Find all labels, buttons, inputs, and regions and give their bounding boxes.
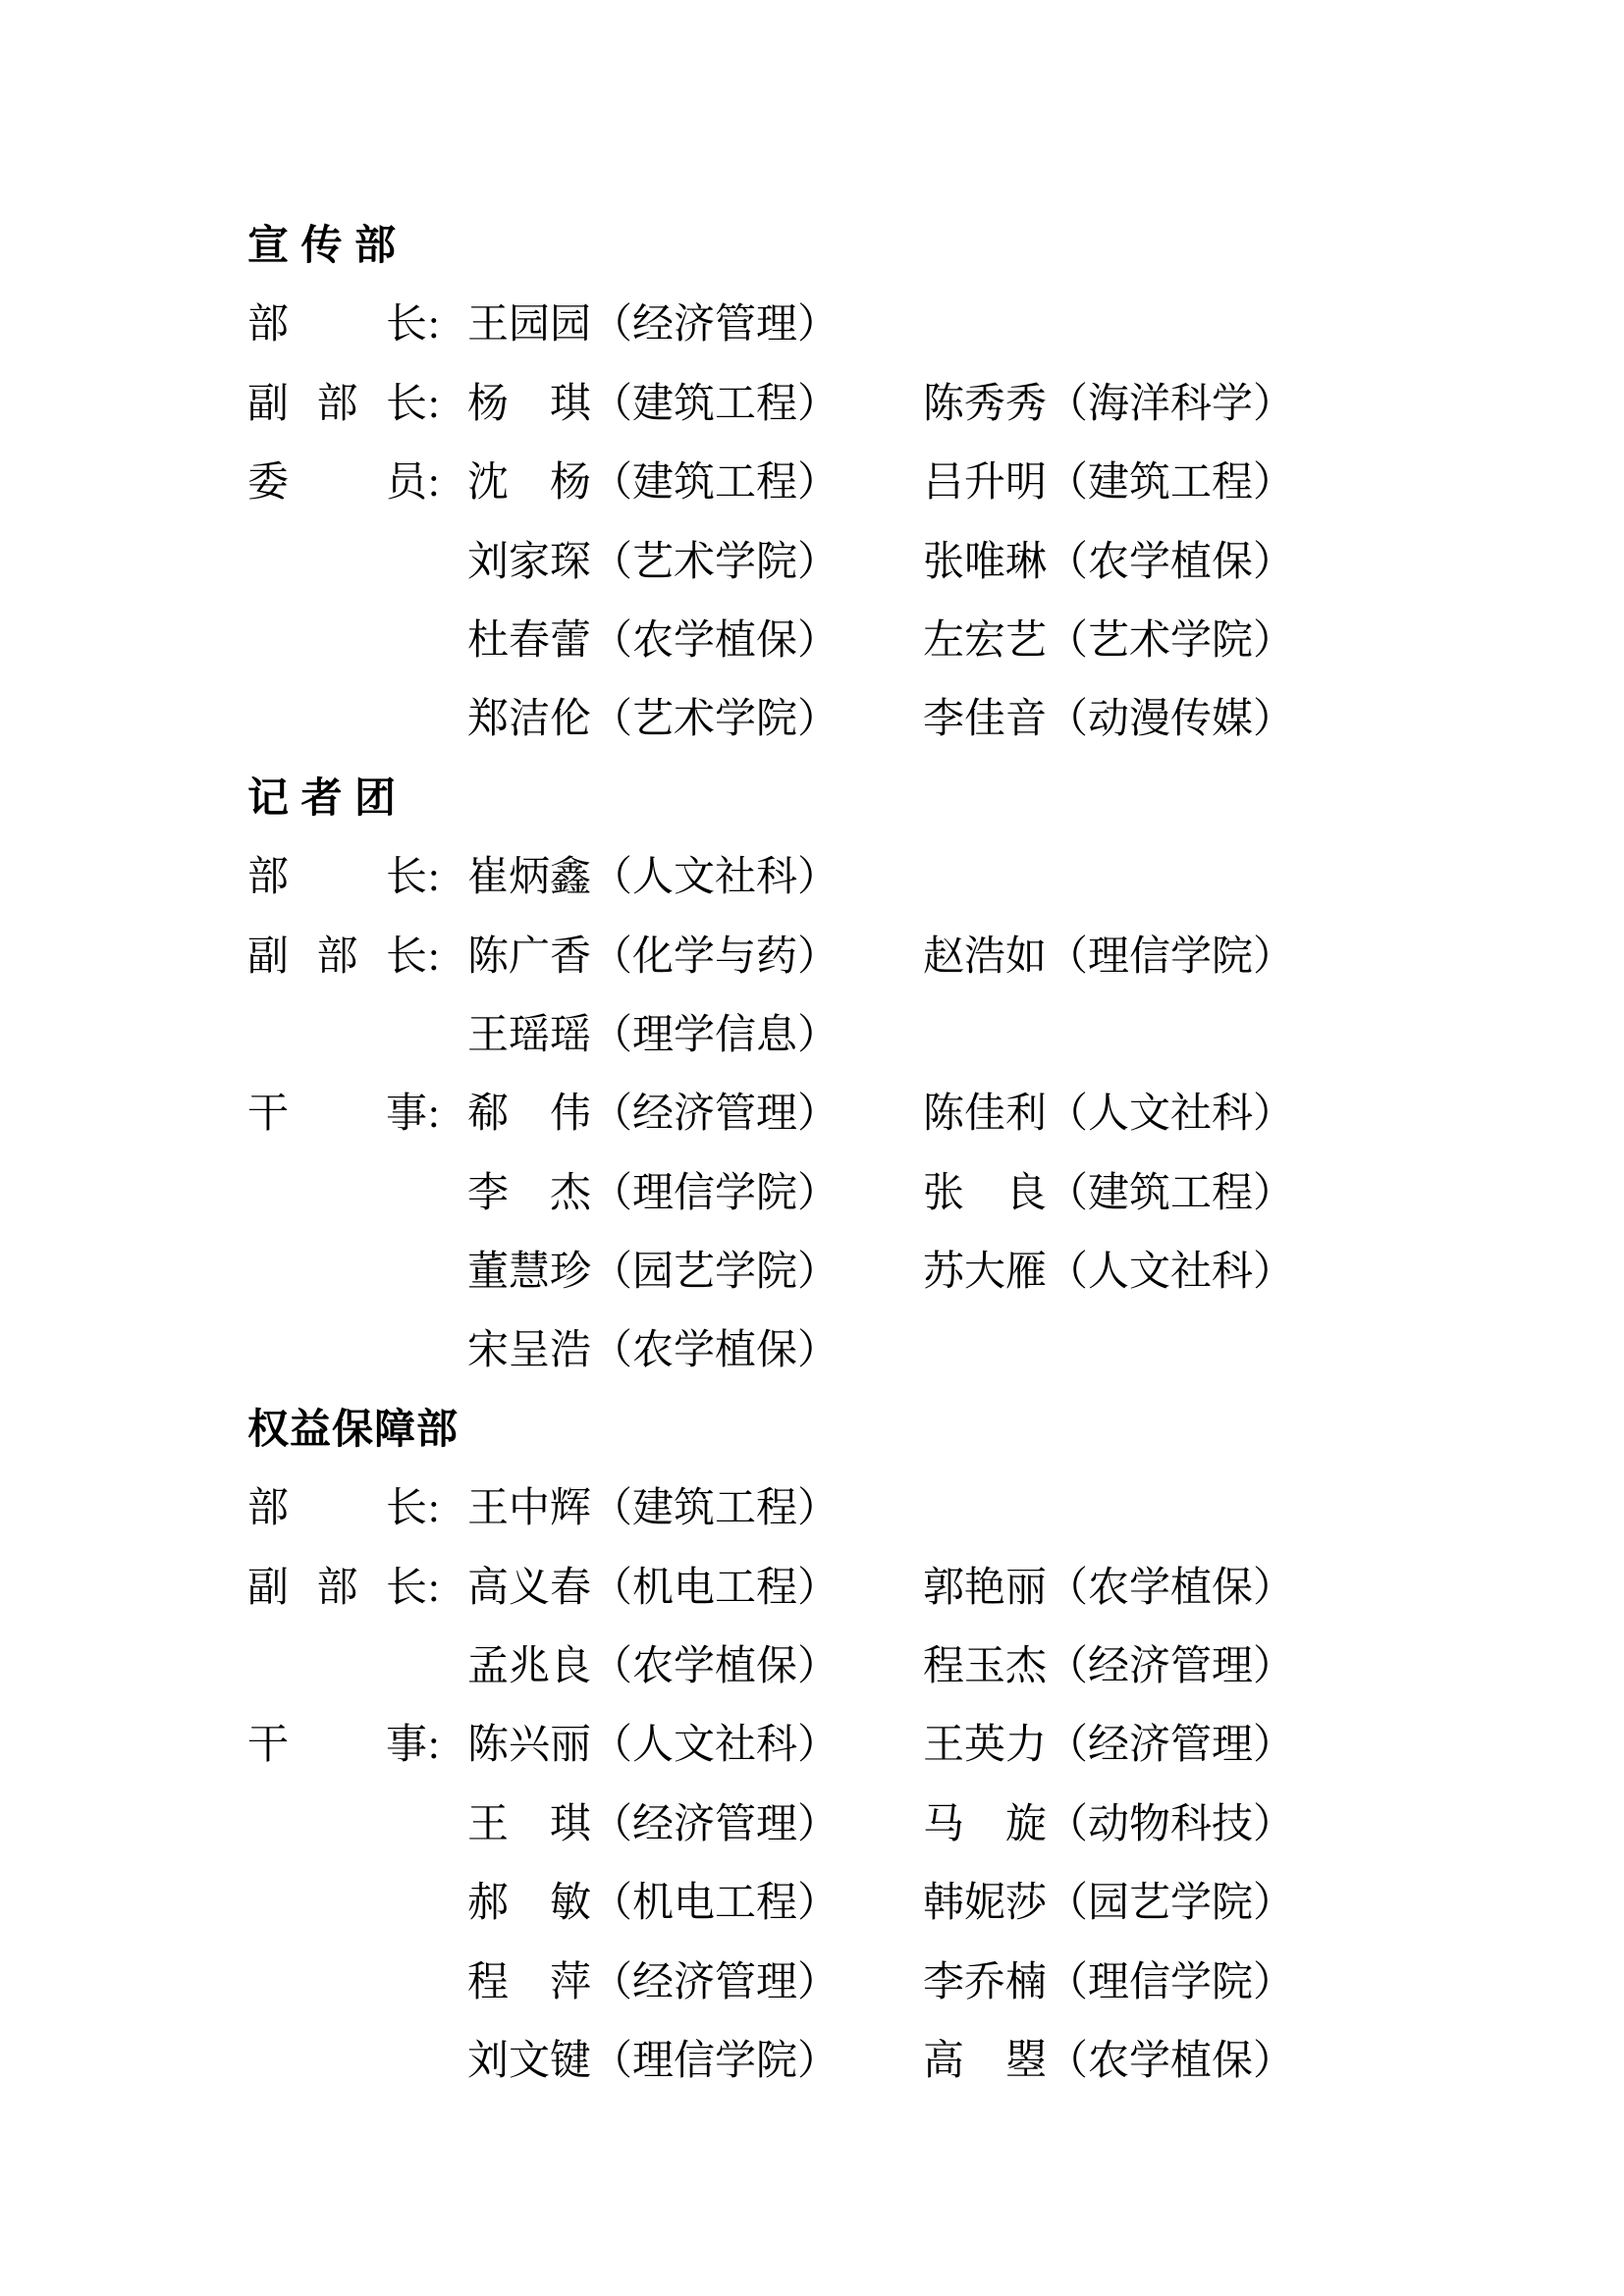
member-row: 委员: 沈杨（建筑工程） 吕升明（建筑工程） xyxy=(247,444,1565,522)
member-college: （人文社科） xyxy=(1047,1075,1294,1153)
member-college: （艺术学院） xyxy=(591,523,839,602)
member-row: 程萍（经济管理） 李乔楠（理信学院） xyxy=(247,1944,1565,2022)
section-title: 宣 传 部 xyxy=(247,224,397,269)
member-college: （农学植保） xyxy=(591,1628,839,1706)
section-title: 记 者 团 xyxy=(247,776,397,822)
member-row: 刘家琛（艺术学院） 张唯琳（农学植保） xyxy=(247,523,1565,602)
member-college: （经济管理） xyxy=(591,1786,839,1864)
member-row: 刘文键（理信学院） 高曌（农学植保） xyxy=(247,2022,1565,2101)
member-college: （经济管理） xyxy=(591,1944,839,2022)
member-college: （艺术学院） xyxy=(1047,602,1294,680)
role-label-text: 委员 xyxy=(247,444,427,522)
member-name: 郝敏 xyxy=(467,1864,591,1943)
member-entry-2: 马旋（动物科技） xyxy=(923,1786,1294,1864)
member-college: （建筑工程） xyxy=(591,365,839,444)
member-entry-1: 刘家琛（艺术学院） xyxy=(467,523,839,602)
member-name: 程玉杰 xyxy=(923,1628,1047,1706)
role-label-text: 副部长 xyxy=(247,918,427,996)
member-college: （经济管理） xyxy=(1047,1628,1294,1706)
section-heading-row: 权益保障部 xyxy=(247,1391,1565,1469)
role-colon: : xyxy=(428,1723,440,1768)
member-entry-2: 王英力（经济管理） xyxy=(923,1706,1294,1785)
member-name: 苏大雁 xyxy=(923,1233,1047,1311)
member-row: 杜春蕾（农学植保） 左宏艺（艺术学院） xyxy=(247,602,1565,680)
member-row: 李杰（理信学院） 张良（建筑工程） xyxy=(247,1154,1565,1233)
member-entry-1: 高义春（机电工程） xyxy=(467,1549,839,1628)
member-name: 李杰 xyxy=(467,1154,591,1233)
role-label: 委员: xyxy=(247,444,440,522)
member-entry-2: 李乔楠（理信学院） xyxy=(923,1944,1294,2022)
member-name: 杨琪 xyxy=(467,365,591,444)
member-college: （建筑工程） xyxy=(1047,444,1294,522)
role-colon: : xyxy=(428,382,440,427)
member-college: （动漫传媒） xyxy=(1047,680,1294,759)
member-entry-1: 郝敏（机电工程） xyxy=(467,1864,839,1943)
member-college: （理信学院） xyxy=(591,2022,839,2101)
member-name: 王琪 xyxy=(467,1786,591,1864)
member-name: 王中辉 xyxy=(467,1469,591,1548)
member-name: 陈佳利 xyxy=(923,1075,1047,1153)
role-label: 干事: xyxy=(247,1075,440,1153)
member-name: 赵浩如 xyxy=(923,918,1047,996)
role-label xyxy=(247,1786,427,1864)
role-label xyxy=(247,2022,427,2101)
document-page: 宣 传 部 部长: 王园园（经济管理） 副部长: 杨琪（建筑工程） 陈秀秀（海洋… xyxy=(0,0,1624,2296)
role-label: 部长: xyxy=(247,838,440,917)
section-heading-row: 记 者 团 xyxy=(247,760,1565,838)
member-entry-2: 郭艳丽（农学植保） xyxy=(923,1549,1294,1628)
member-name: 郑洁伦 xyxy=(467,680,591,759)
member-college: （农学植保） xyxy=(1047,2022,1294,2101)
member-entry-2: 苏大雁（人文社科） xyxy=(923,1233,1294,1311)
member-college: （人文社科） xyxy=(591,1706,839,1785)
member-name: 马旋 xyxy=(923,1786,1047,1864)
member-college: （建筑工程） xyxy=(1047,1154,1294,1233)
member-college: （理学信息） xyxy=(591,996,839,1075)
member-college: （建筑工程） xyxy=(591,1469,839,1548)
member-name: 郗伟 xyxy=(467,1075,591,1153)
member-college: （经济管理） xyxy=(1047,1706,1294,1785)
role-label xyxy=(247,1628,427,1706)
member-row: 副部长: 杨琪（建筑工程） 陈秀秀（海洋科学） xyxy=(247,365,1565,444)
member-name: 刘文键 xyxy=(467,2022,591,2101)
role-colon: : xyxy=(428,855,440,900)
member-name: 王瑶瑶 xyxy=(467,996,591,1075)
member-row: 郝敏（机电工程） 韩妮莎（园艺学院） xyxy=(247,1864,1565,1943)
member-college: （海洋科学） xyxy=(1047,365,1294,444)
role-label xyxy=(247,1864,427,1943)
member-row: 宋呈浩（农学植保） xyxy=(247,1311,1565,1390)
member-college: （人文社科） xyxy=(1047,1233,1294,1311)
member-row: 干事: 陈兴丽（人文社科） 王英力（经济管理） xyxy=(247,1706,1565,1785)
section-heading-row: 宣 传 部 xyxy=(247,207,1565,286)
member-row: 王琪（经济管理） 马旋（动物科技） xyxy=(247,1786,1565,1864)
member-name: 崔炳鑫 xyxy=(467,838,591,917)
section-title: 权益保障部 xyxy=(247,1408,459,1453)
member-name: 李佳音 xyxy=(923,680,1047,759)
role-label xyxy=(247,1233,427,1311)
role-label-text: 副部长 xyxy=(247,365,427,444)
member-college: （艺术学院） xyxy=(591,680,839,759)
member-college: （动物科技） xyxy=(1047,1786,1294,1864)
member-entry-1: 杜春蕾（农学植保） xyxy=(467,602,839,680)
member-name: 刘家琛 xyxy=(467,523,591,602)
role-colon: : xyxy=(428,1566,440,1611)
member-entry-1: 刘文键（理信学院） xyxy=(467,2022,839,2101)
member-college: （建筑工程） xyxy=(591,444,839,522)
member-entry-1: 王瑶瑶（理学信息） xyxy=(467,996,839,1075)
role-label: 副部长: xyxy=(247,1549,440,1628)
role-label xyxy=(247,1154,427,1233)
member-entry-1: 崔炳鑫（人文社科） xyxy=(467,838,839,917)
member-entry-1: 郗伟（经济管理） xyxy=(467,1075,839,1153)
member-college: （人文社科） xyxy=(591,838,839,917)
member-entry-1: 程萍（经济管理） xyxy=(467,1944,839,2022)
role-colon: : xyxy=(428,302,440,347)
member-entry-1: 李杰（理信学院） xyxy=(467,1154,839,1233)
member-entry-2: 陈佳利（人文社科） xyxy=(923,1075,1294,1153)
role-label xyxy=(247,1311,427,1390)
member-college: （农学植保） xyxy=(591,602,839,680)
member-college: （理信学院） xyxy=(1047,918,1294,996)
member-name: 吕升明 xyxy=(923,444,1047,522)
member-row: 孟兆良（农学植保） 程玉杰（经济管理） xyxy=(247,1628,1565,1706)
member-name: 郭艳丽 xyxy=(923,1549,1047,1628)
member-entry-2: 吕升明（建筑工程） xyxy=(923,444,1294,522)
member-entry-2: 张唯琳（农学植保） xyxy=(923,523,1294,602)
member-name: 董慧珍 xyxy=(467,1233,591,1311)
member-entry-1: 陈广香（化学与药） xyxy=(467,918,839,996)
member-college: （经济管理） xyxy=(591,1075,839,1153)
member-row: 董慧珍（园艺学院） 苏大雁（人文社科） xyxy=(247,1233,1565,1311)
member-name: 陈秀秀 xyxy=(923,365,1047,444)
member-name: 张良 xyxy=(923,1154,1047,1233)
role-label-text: 干事 xyxy=(247,1075,427,1153)
member-college: （化学与药） xyxy=(591,918,839,996)
role-label: 副部长: xyxy=(247,918,440,996)
role-label xyxy=(247,680,427,759)
member-entry-2: 左宏艺（艺术学院） xyxy=(923,602,1294,680)
member-name: 陈广香 xyxy=(467,918,591,996)
member-entry-2: 赵浩如（理信学院） xyxy=(923,918,1294,996)
role-label-text: 部长 xyxy=(247,286,427,364)
member-name: 王英力 xyxy=(923,1706,1047,1785)
member-name: 高义春 xyxy=(467,1549,591,1628)
role-colon: : xyxy=(428,1092,440,1137)
member-college: （经济管理） xyxy=(591,286,839,364)
role-colon: : xyxy=(428,460,440,506)
member-row: 副部长: 陈广香（化学与药） 赵浩如（理信学院） xyxy=(247,918,1565,996)
role-colon: : xyxy=(428,934,440,980)
member-name: 陈兴丽 xyxy=(467,1706,591,1785)
role-label xyxy=(247,1944,427,2022)
member-row: 部长: 王中辉（建筑工程） xyxy=(247,1469,1565,1548)
member-entry-2: 陈秀秀（海洋科学） xyxy=(923,365,1294,444)
member-entry-1: 董慧珍（园艺学院） xyxy=(467,1233,839,1311)
member-name: 程萍 xyxy=(467,1944,591,2022)
member-name: 沈杨 xyxy=(467,444,591,522)
role-label xyxy=(247,996,427,1075)
member-college: （园艺学院） xyxy=(1047,1864,1294,1943)
member-entry-2: 高曌（农学植保） xyxy=(923,2022,1294,2101)
role-label-text: 副部长 xyxy=(247,1549,427,1628)
member-entry-1: 孟兆良（农学植保） xyxy=(467,1628,839,1706)
role-label-text: 部长 xyxy=(247,838,427,917)
member-entry-2: 程玉杰（经济管理） xyxy=(923,1628,1294,1706)
member-name: 高曌 xyxy=(923,2022,1047,2101)
member-name: 孟兆良 xyxy=(467,1628,591,1706)
member-college: （理信学院） xyxy=(591,1154,839,1233)
member-entry-1: 陈兴丽（人文社科） xyxy=(467,1706,839,1785)
member-name: 左宏艺 xyxy=(923,602,1047,680)
member-college: （理信学院） xyxy=(1047,1944,1294,2022)
member-college: （农学植保） xyxy=(1047,523,1294,602)
role-label: 干事: xyxy=(247,1706,440,1785)
member-entry-1: 宋呈浩（农学植保） xyxy=(467,1311,839,1390)
member-college: （农学植保） xyxy=(591,1311,839,1390)
member-name: 宋呈浩 xyxy=(467,1311,591,1390)
member-name: 韩妮莎 xyxy=(923,1864,1047,1943)
member-name: 张唯琳 xyxy=(923,523,1047,602)
role-label: 副部长: xyxy=(247,365,440,444)
role-label xyxy=(247,523,427,602)
member-entry-1: 杨琪（建筑工程） xyxy=(467,365,839,444)
role-label-text: 部长 xyxy=(247,1469,427,1548)
role-label xyxy=(247,602,427,680)
member-entry-1: 郑洁伦（艺术学院） xyxy=(467,680,839,759)
member-college: （园艺学院） xyxy=(591,1233,839,1311)
member-entry-2: 李佳音（动漫传媒） xyxy=(923,680,1294,759)
member-entry-1: 王园园（经济管理） xyxy=(467,286,839,364)
member-name: 王园园 xyxy=(467,286,591,364)
role-label: 部长: xyxy=(247,286,440,364)
member-college: （机电工程） xyxy=(591,1864,839,1943)
role-label: 部长: xyxy=(247,1469,440,1548)
member-row: 副部长: 高义春（机电工程） 郭艳丽（农学植保） xyxy=(247,1549,1565,1628)
member-entry-1: 沈杨（建筑工程） xyxy=(467,444,839,522)
member-row: 部长: 崔炳鑫（人文社科） xyxy=(247,838,1565,917)
member-entry-2: 张良（建筑工程） xyxy=(923,1154,1294,1233)
member-row: 部长: 王园园（经济管理） xyxy=(247,286,1565,364)
member-entry-1: 王琪（经济管理） xyxy=(467,1786,839,1864)
role-colon: : xyxy=(428,1486,440,1531)
member-entry-1: 王中辉（建筑工程） xyxy=(467,1469,839,1548)
role-label-text: 干事 xyxy=(247,1706,427,1785)
member-entry-2: 韩妮莎（园艺学院） xyxy=(923,1864,1294,1943)
member-college: （农学植保） xyxy=(1047,1549,1294,1628)
member-row: 郑洁伦（艺术学院） 李佳音（动漫传媒） xyxy=(247,680,1565,759)
member-college: （机电工程） xyxy=(591,1549,839,1628)
member-row: 干事: 郗伟（经济管理） 陈佳利（人文社科） xyxy=(247,1075,1565,1153)
member-name: 杜春蕾 xyxy=(467,602,591,680)
member-row: 王瑶瑶（理学信息） xyxy=(247,996,1565,1075)
member-name: 李乔楠 xyxy=(923,1944,1047,2022)
